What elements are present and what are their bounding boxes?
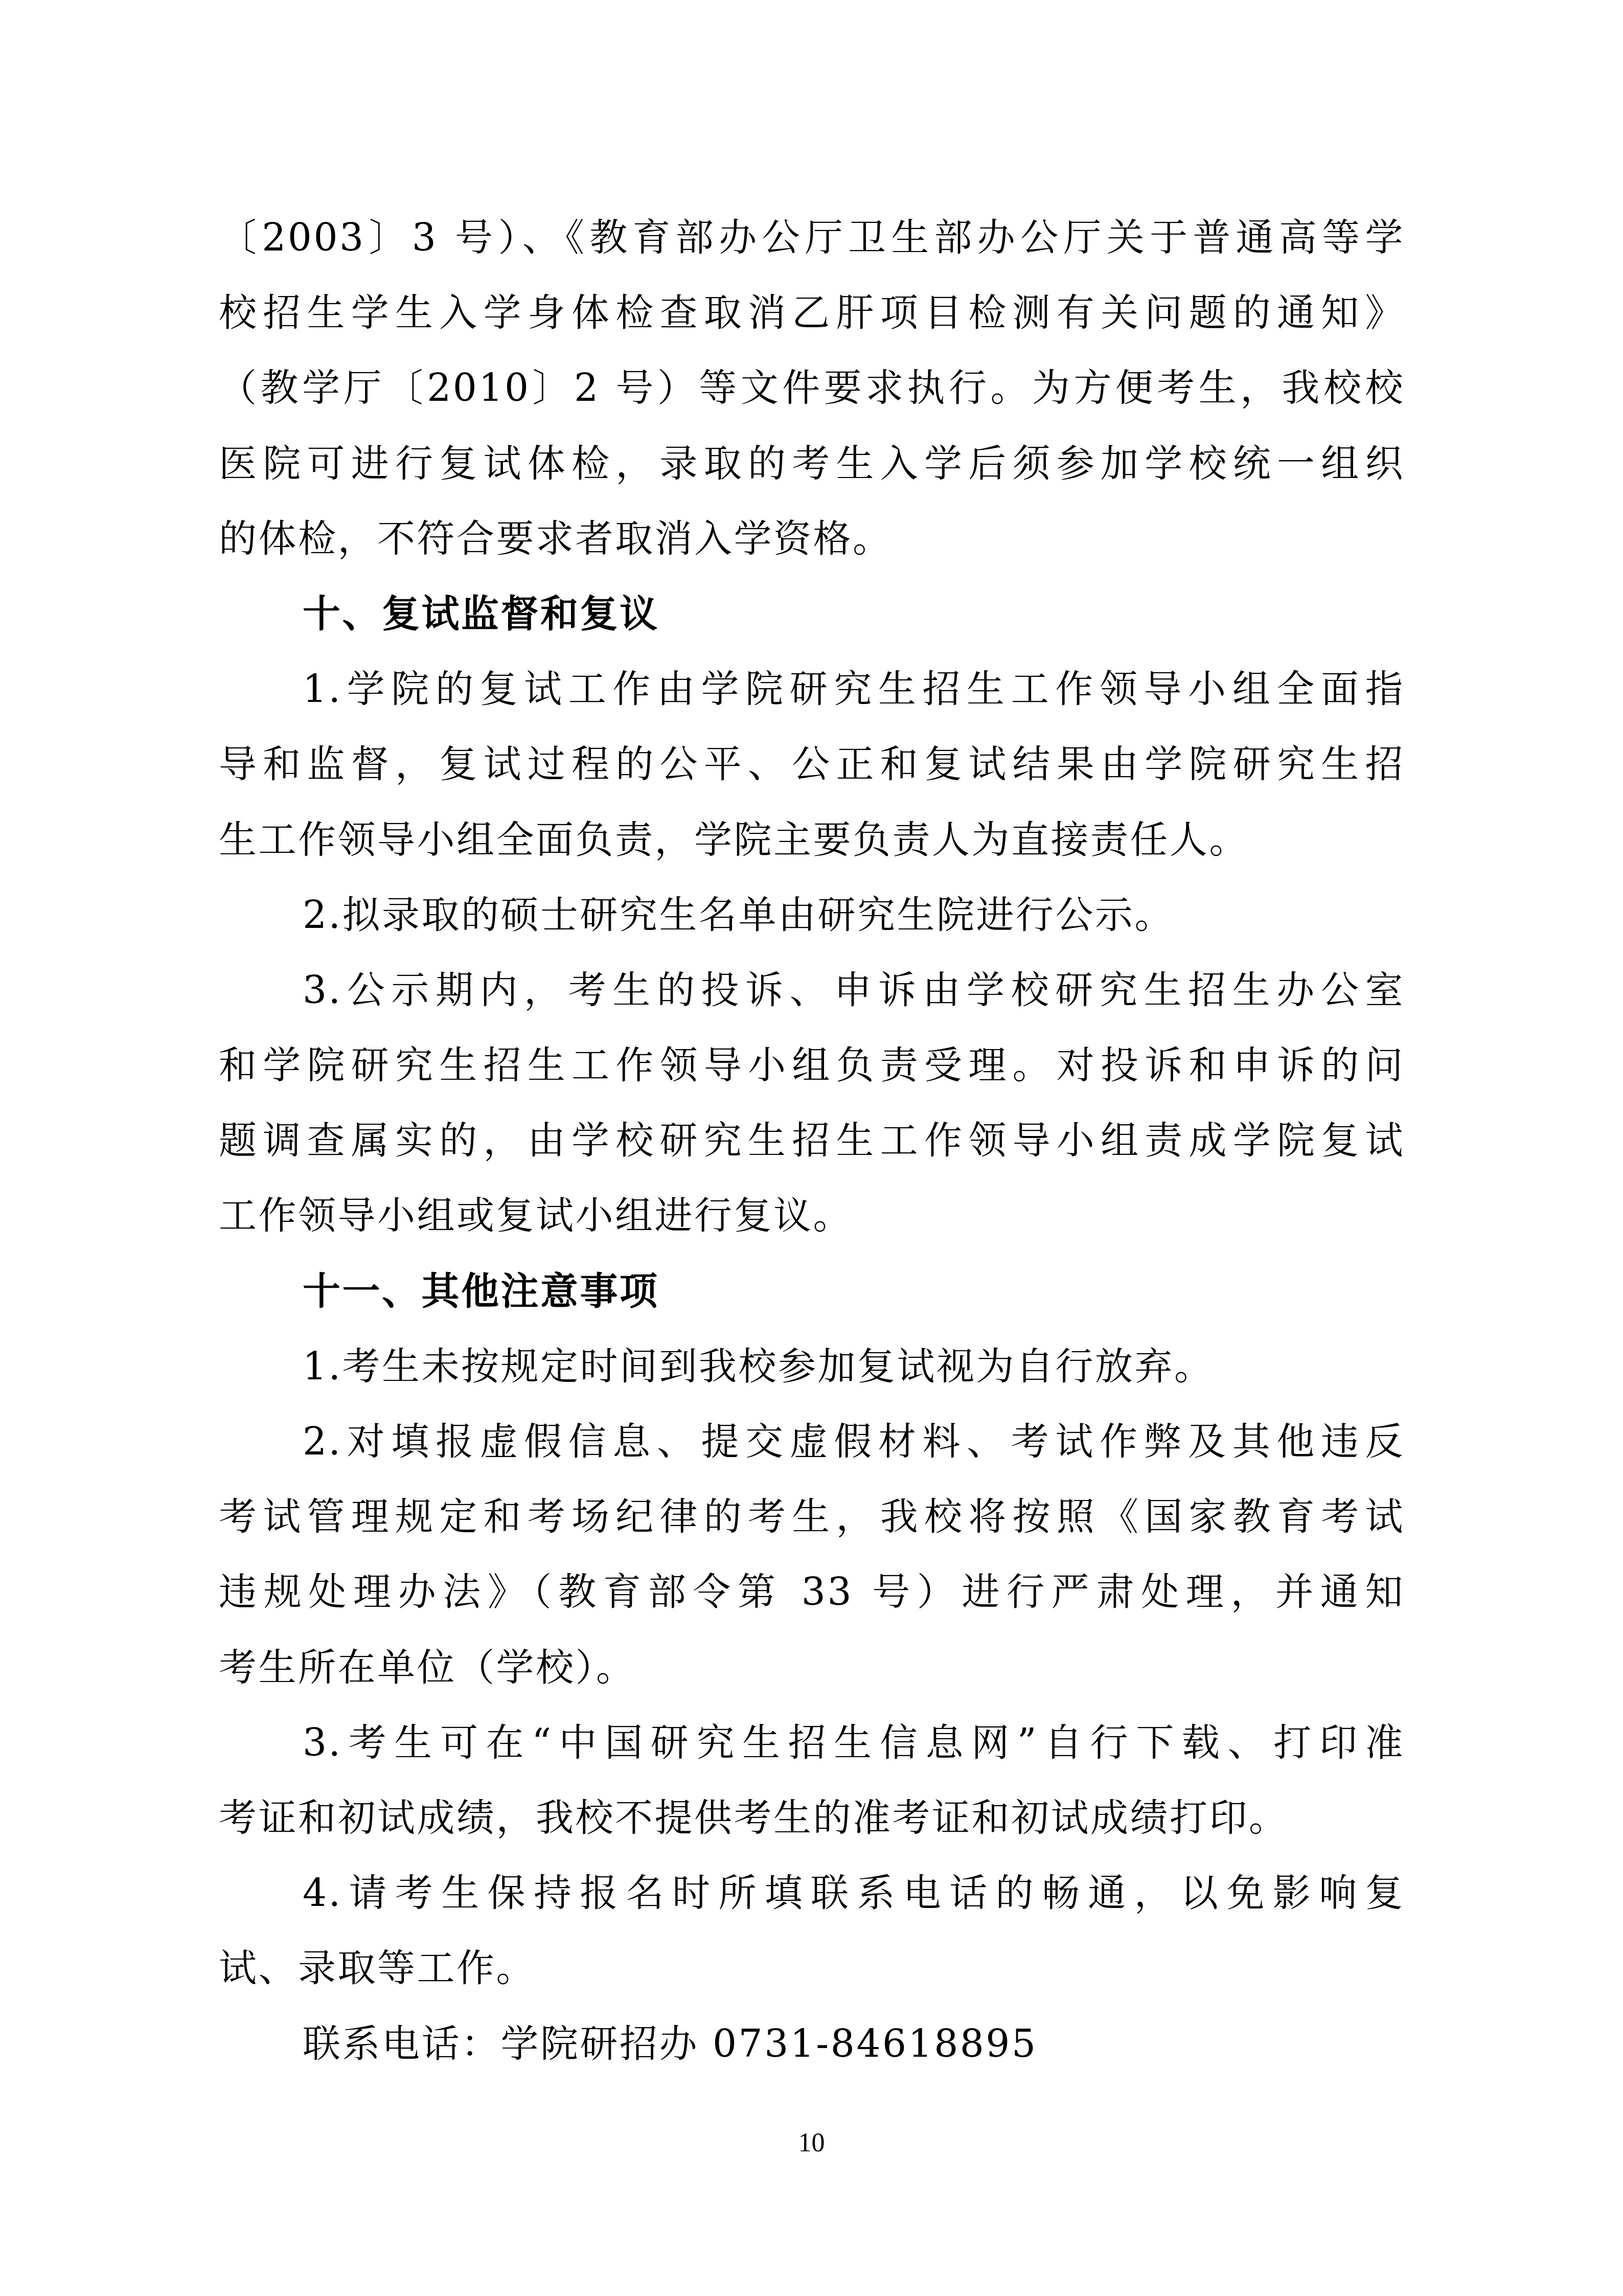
paragraph-line: 生工作领导小组全面负责，学院主要负责人为直接责任人。 (219, 803, 1405, 878)
paragraph-line: 试、录取等工作。 (219, 1931, 1405, 2006)
paragraph-line: 3.公示期内，考生的投诉、申诉由学校研究生招生办公室 (219, 953, 1405, 1028)
paragraph-line: 的体检，不符合要求者取消入学资格。 (219, 502, 1405, 577)
paragraph-line: 工作领导小组或复试小组进行复议。 (219, 1178, 1405, 1254)
paragraph-line: 2.对填报虚假信息、提交虚假材料、考试作弊及其他违反 (219, 1404, 1405, 1480)
section-heading-10: 十、复试监督和复议 (219, 577, 1405, 652)
paragraph-line: 考生所在单位（学校）。 (219, 1630, 1405, 1706)
document-page: 〔2003〕3 号）、《教育部办公厅卫生部办公厅关于普通高等学 校招生学生入学身… (0, 0, 1623, 2296)
paragraph-line: 和学院研究生招生工作领导小组负责受理。对投诉和申诉的问 (219, 1028, 1405, 1103)
page-number: 10 (0, 2128, 1623, 2158)
paragraph-line: 1.考生未按规定时间到我校参加复试视为自行放弃。 (219, 1329, 1405, 1404)
paragraph-line: 3.考生可在“中国研究生招生信息网”自行下载、打印准 (219, 1706, 1405, 1781)
paragraph-line: 1.学院的复试工作由学院研究生招生工作领导小组全面指 (219, 652, 1405, 727)
paragraph-line: 〔2003〕3 号）、《教育部办公厅卫生部办公厅关于普通高等学 (219, 200, 1405, 276)
paragraph-line: 校招生学生入学身体检查取消乙肝项目检测有关问题的通知》 (219, 276, 1405, 351)
contact-phone-line: 联系电话：学院研招办 0731-84618895 (219, 2007, 1405, 2082)
document-body: 〔2003〕3 号）、《教育部办公厅卫生部办公厅关于普通高等学 校招生学生入学身… (219, 200, 1405, 2082)
paragraph-line: 4.请考生保持报名时所填联系电话的畅通，以免影响复 (219, 1856, 1405, 1931)
paragraph-line: 违规处理办法》（教育部令第 33 号）进行严肃处理，并通知 (219, 1555, 1405, 1630)
paragraph-line: 考证和初试成绩，我校不提供考生的准考证和初试成绩打印。 (219, 1781, 1405, 1856)
paragraph-line: 2.拟录取的硕士研究生名单由研究生院进行公示。 (219, 878, 1405, 953)
paragraph-line: 题调查属实的，由学校研究生招生工作领导小组责成学院复试 (219, 1103, 1405, 1178)
section-heading-11: 十一、其他注意事项 (219, 1254, 1405, 1329)
paragraph-line: 考试管理规定和考场纪律的考生，我校将按照《国家教育考试 (219, 1480, 1405, 1555)
paragraph-line: 医院可进行复试体检，录取的考生入学后须参加学校统一组织 (219, 426, 1405, 502)
paragraph-line: （教学厅〔2010〕2 号）等文件要求执行。为方便考生，我校校 (219, 351, 1405, 426)
paragraph-line: 导和监督，复试过程的公平、公正和复试结果由学院研究生招 (219, 727, 1405, 802)
